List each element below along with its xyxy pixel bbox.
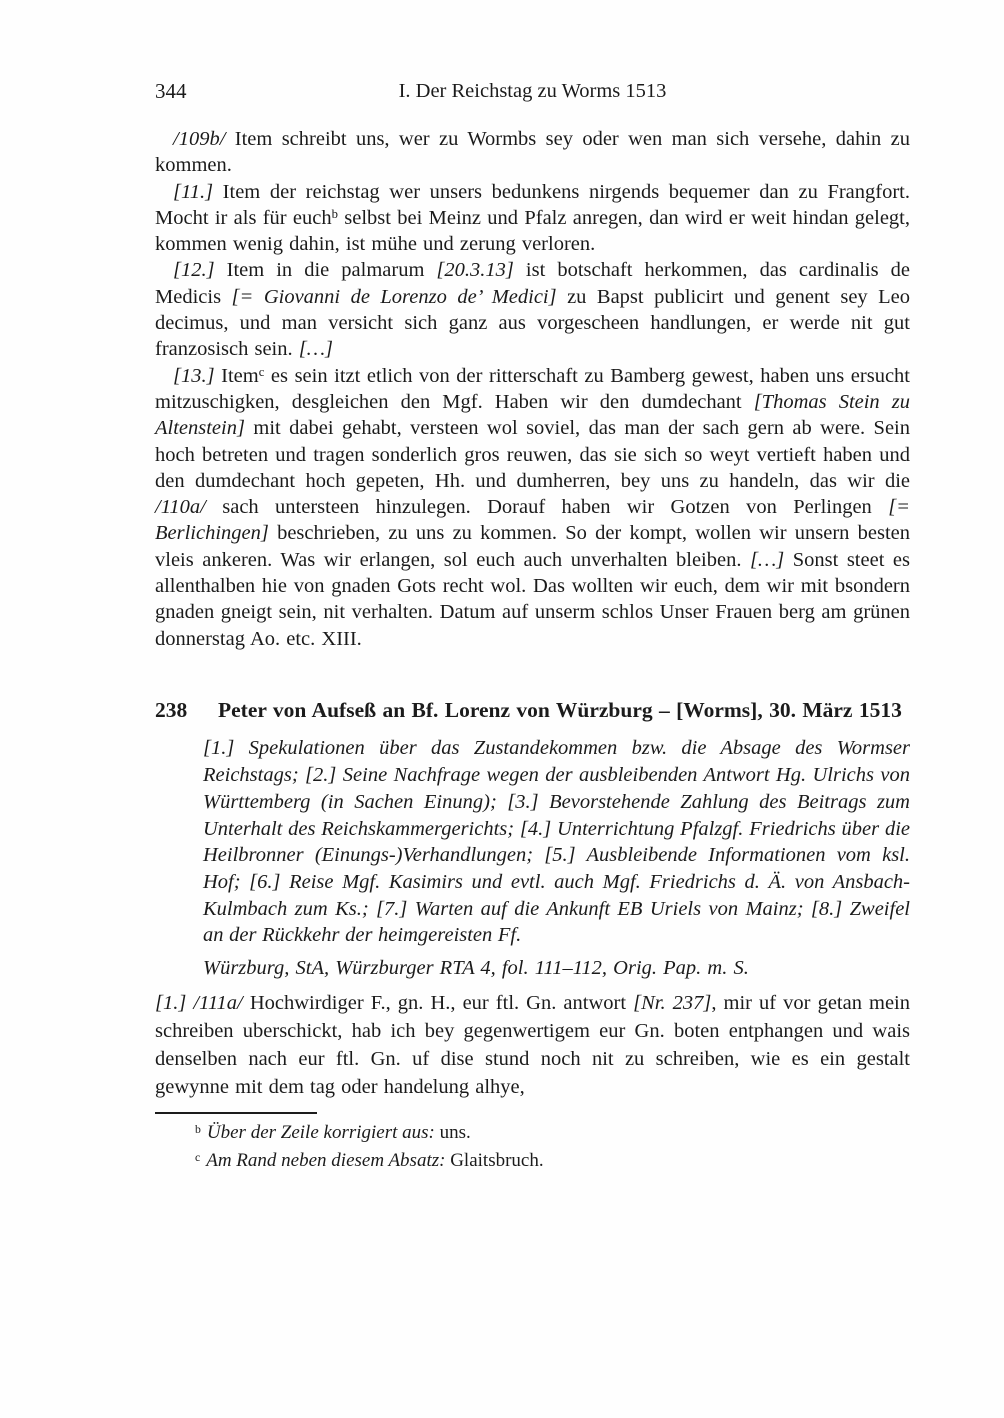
running-head: I. Der Reichstag zu Worms 1513 xyxy=(155,79,910,103)
source-reference: Würzburg, StA, Würzburger RTA 4, fol. 11… xyxy=(203,955,910,981)
footnote-reading: uns. xyxy=(435,1122,471,1143)
document-body: [1.] /111a/ Hochwirdiger F., gn. H., eur… xyxy=(155,989,910,1101)
document-title: Peter von Aufseß an Bf. Lorenz von Würzb… xyxy=(218,696,910,726)
paragraph: [11.] Item der reichstag wer unsers bedu… xyxy=(155,179,910,258)
paragraph: [12.] Item in die palmarum [20.3.13] ist… xyxy=(155,257,910,362)
document-238: 238 Peter von Aufseß an Bf. Lorenz von W… xyxy=(155,696,910,1101)
document-heading: 238 Peter von Aufseß an Bf. Lorenz von W… xyxy=(155,696,910,726)
footnote: cAm Rand neben diesem Absatz: Glaitsbruc… xyxy=(155,1147,910,1175)
footnote-mark: c xyxy=(195,1151,200,1164)
page-header: 344 I. Der Reichstag zu Worms 1513 xyxy=(155,79,910,103)
page-number: 344 xyxy=(155,79,187,103)
footnotes-section: bÜber der Zeile korrigiert aus: uns.cAm … xyxy=(155,1112,910,1174)
main-text-column: /109b/ Item schreibt uns, wer zu Wormbs … xyxy=(155,126,910,1174)
footnote-reference-mark: c xyxy=(259,365,265,379)
paragraph: /109b/ Item schreibt uns, wer zu Wormbs … xyxy=(155,126,910,179)
footnote-reading: Glaitsbruch. xyxy=(445,1150,543,1171)
document-237-continuation: /109b/ Item schreibt uns, wer zu Wormbs … xyxy=(155,126,910,652)
footnote-editorial-note: Über der Zeile korrigiert aus: xyxy=(207,1122,435,1143)
footnote-reference-mark: b xyxy=(332,207,338,221)
paragraph: [13.] Itemc es sein itzt etlich von der … xyxy=(155,363,910,652)
footnote-separator-rule xyxy=(155,1112,317,1114)
document-summary: [1.] Spekulationen über das Zustandekomm… xyxy=(203,735,910,949)
book-page: 344 I. Der Reichstag zu Worms 1513 /109b… xyxy=(0,0,1004,1418)
footnote: bÜber der Zeile korrigiert aus: uns. xyxy=(155,1119,910,1147)
footnote-editorial-note: Am Rand neben diesem Absatz: xyxy=(206,1150,445,1171)
footnote-mark: b xyxy=(195,1123,201,1136)
document-number: 238 xyxy=(155,696,218,726)
paragraph: [1.] /111a/ Hochwirdiger F., gn. H., eur… xyxy=(155,989,910,1101)
footnote-list: bÜber der Zeile korrigiert aus: uns.cAm … xyxy=(155,1119,910,1174)
